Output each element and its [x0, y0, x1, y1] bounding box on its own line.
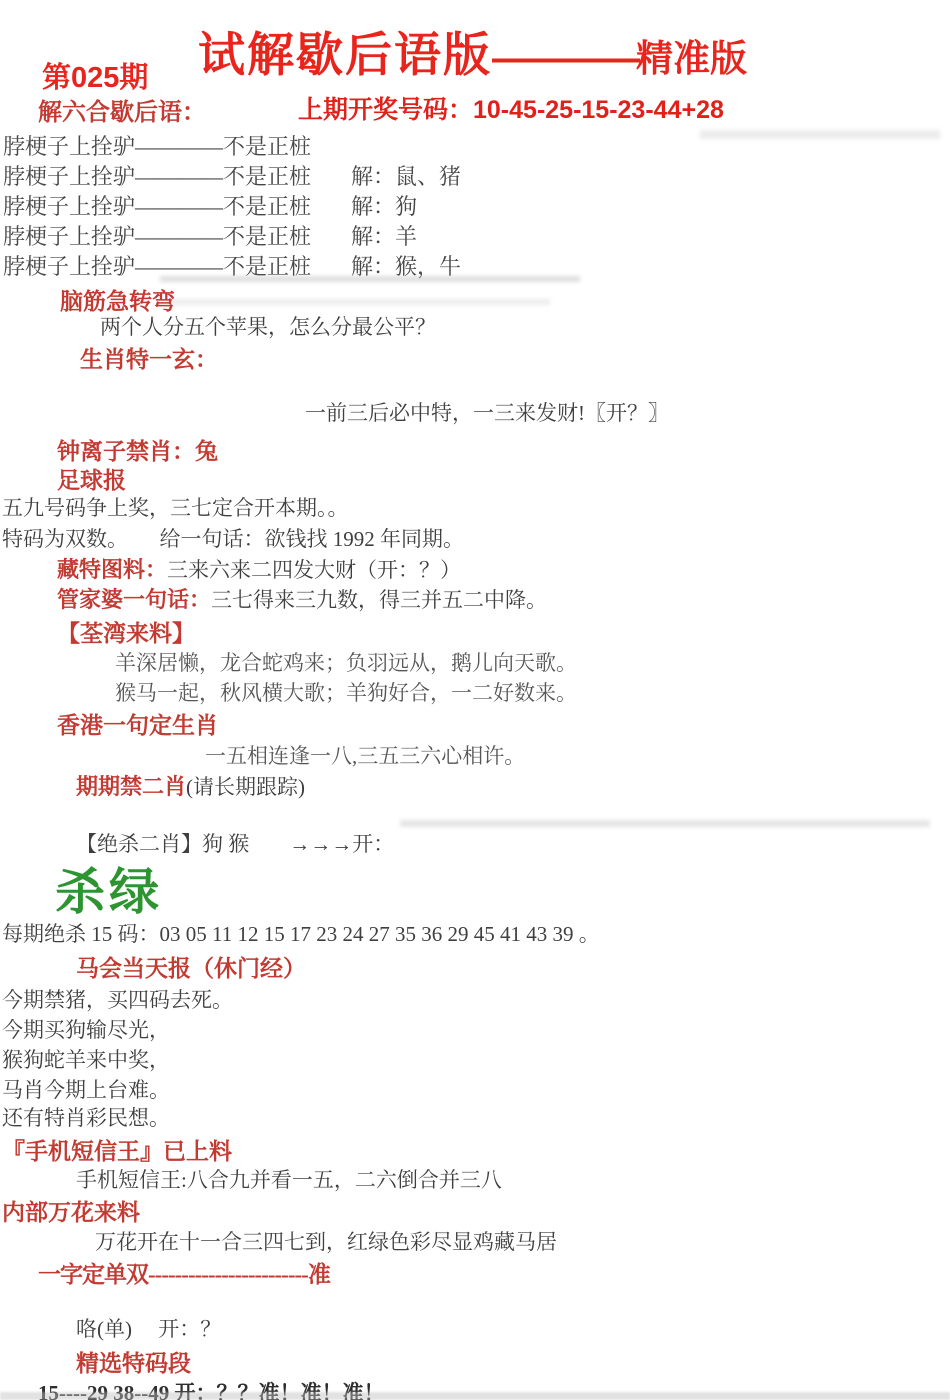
riddle-answer: 解：猴，牛	[351, 250, 461, 281]
ban-two-line: 期期禁二肖(请长期跟踪)	[76, 770, 305, 801]
riddle-row: 脖梗子上拴驴————不是正桩解：狗	[3, 190, 417, 221]
arrows-open-text: →→→开：	[289, 832, 394, 856]
guanjiapo-label: 管家婆一句话：	[57, 587, 211, 612]
cangte-line: 藏特图料：三来六来二四发大财（开：？）	[57, 553, 461, 584]
riddle-text: 脖梗子上拴驴————不是正桩	[3, 160, 351, 191]
brain-teaser-question: 两个人分五个苹果，怎么分最公平？	[100, 311, 436, 341]
cangte-label: 藏特图料：	[57, 557, 167, 582]
mahui-line: 还有特肖彩民想。	[2, 1102, 170, 1132]
football-line-2: 特码为双数。 给一句话：欲钱找 1992 年同期。	[2, 523, 464, 553]
scan-artifact	[400, 820, 930, 827]
riddle-text: 脖梗子上拴驴————不是正桩	[3, 220, 351, 251]
wanhua-line: 万花开在十一合三四七到，红绿色彩尽显鸡藏马居	[95, 1226, 557, 1256]
guanjiapo-line: 管家婆一句话：三七得来三九数，得三并五二中降。	[57, 583, 547, 614]
riddle-section-heading: 解六合歇后语：	[38, 92, 206, 127]
riddle-text: 脖梗子上拴驴————不是正桩	[3, 130, 351, 161]
mahui-line: 马肖今期上台难。	[2, 1074, 170, 1104]
page-title-main: 试解歇后语版	[198, 28, 492, 81]
page-title-suffix: 精准版	[636, 38, 747, 79]
page-title: 试解歇后语版————精准版	[198, 18, 747, 85]
kill-green-text: 杀绿	[55, 852, 163, 924]
odd-open-line: 咯(单) 开：？	[76, 1313, 221, 1343]
riddle-row: 脖梗子上拴驴————不是正桩解：鼠、猪	[3, 160, 461, 191]
last-draw-numbers: 上期开奖号码：10-45-25-15-23-44+28	[298, 90, 724, 126]
lottery-tip-sheet: 试解歇后语版————精准版 第025期 解六合歇后语： 上期开奖号码：10-45…	[0, 0, 950, 1400]
hk-one-line-text: 一五相连逢一八,三五三六心相许。	[205, 740, 525, 770]
hk-one-line-heading: 香港一句定生肖	[57, 707, 218, 740]
mahui-line: 今期买狗输尽光，	[2, 1014, 170, 1044]
riddle-text: 脖梗子上拴驴————不是正桩	[3, 190, 351, 221]
riddle-row: 脖梗子上拴驴————不是正桩解：羊	[3, 220, 417, 251]
riddle-row: 脖梗子上拴驴————不是正桩	[3, 130, 351, 161]
quanwan-heading: 【荃湾来料】	[57, 615, 195, 648]
page-title-dashes: ————	[492, 36, 636, 80]
mahui-heading: 马会当天报（休门经）	[76, 950, 306, 983]
guanjiapo-text: 三七得来三九数，得三并五二中降。	[211, 588, 547, 612]
riddle-answer: 解：狗	[351, 190, 417, 221]
special-segment-line: 15----29 38--49 开：？？准！准！准！	[38, 1377, 384, 1400]
quanwan-line-1: 羊深居懒，龙合蛇鸡来；负羽远从，鹅儿向天歌。	[115, 647, 577, 677]
football-report-heading: 足球报	[57, 462, 126, 495]
special-segment-heading: 精选特码段	[76, 1345, 191, 1378]
riddle-row: 脖梗子上拴驴————不是正桩解：猴，牛	[3, 250, 461, 281]
scan-artifact	[700, 130, 940, 139]
ban-two-label: 期期禁二肖	[76, 774, 186, 799]
scan-artifact	[170, 299, 550, 305]
football-line-1: 五九号码争上奖，三七定合开本期。。	[2, 492, 349, 522]
issue-number: 第025期	[42, 55, 148, 96]
sms-king-heading: 『手机短信王』已上料	[2, 1133, 232, 1166]
kill-15-codes-line: 每期绝杀 15 码：03 05 11 12 15 17 23 24 27 35 …	[2, 918, 600, 948]
cangte-text: 三来六来二四发大财（开：？）	[167, 558, 461, 582]
zodiac-special-line: 一前三后必中特，一三来发财!〖开？〗	[305, 397, 669, 427]
ban-two-note: (请长期跟踪)	[186, 775, 305, 799]
quanwan-line-2: 猴马一起，秋风横大歌；羊狗好合，一二好数来。	[115, 677, 577, 707]
riddle-answer: 解：鼠、猪	[351, 160, 461, 191]
sms-king-line: 手机短信王:八合九并看一五，二六倒合并三八	[76, 1164, 502, 1194]
wanhua-heading: 内部万花来料	[2, 1194, 140, 1227]
mahui-line: 今期禁猪，买四码去死。	[2, 984, 233, 1014]
odd-even-heading: 一字定单双------------------------准	[38, 1256, 330, 1289]
riddle-answer: 解：羊	[351, 220, 417, 251]
mahui-line: 猴狗蛇羊来中奖，	[2, 1044, 170, 1074]
zodiac-special-heading: 生肖特一玄：	[80, 341, 218, 374]
riddle-text: 脖梗子上拴驴————不是正桩	[3, 250, 351, 281]
